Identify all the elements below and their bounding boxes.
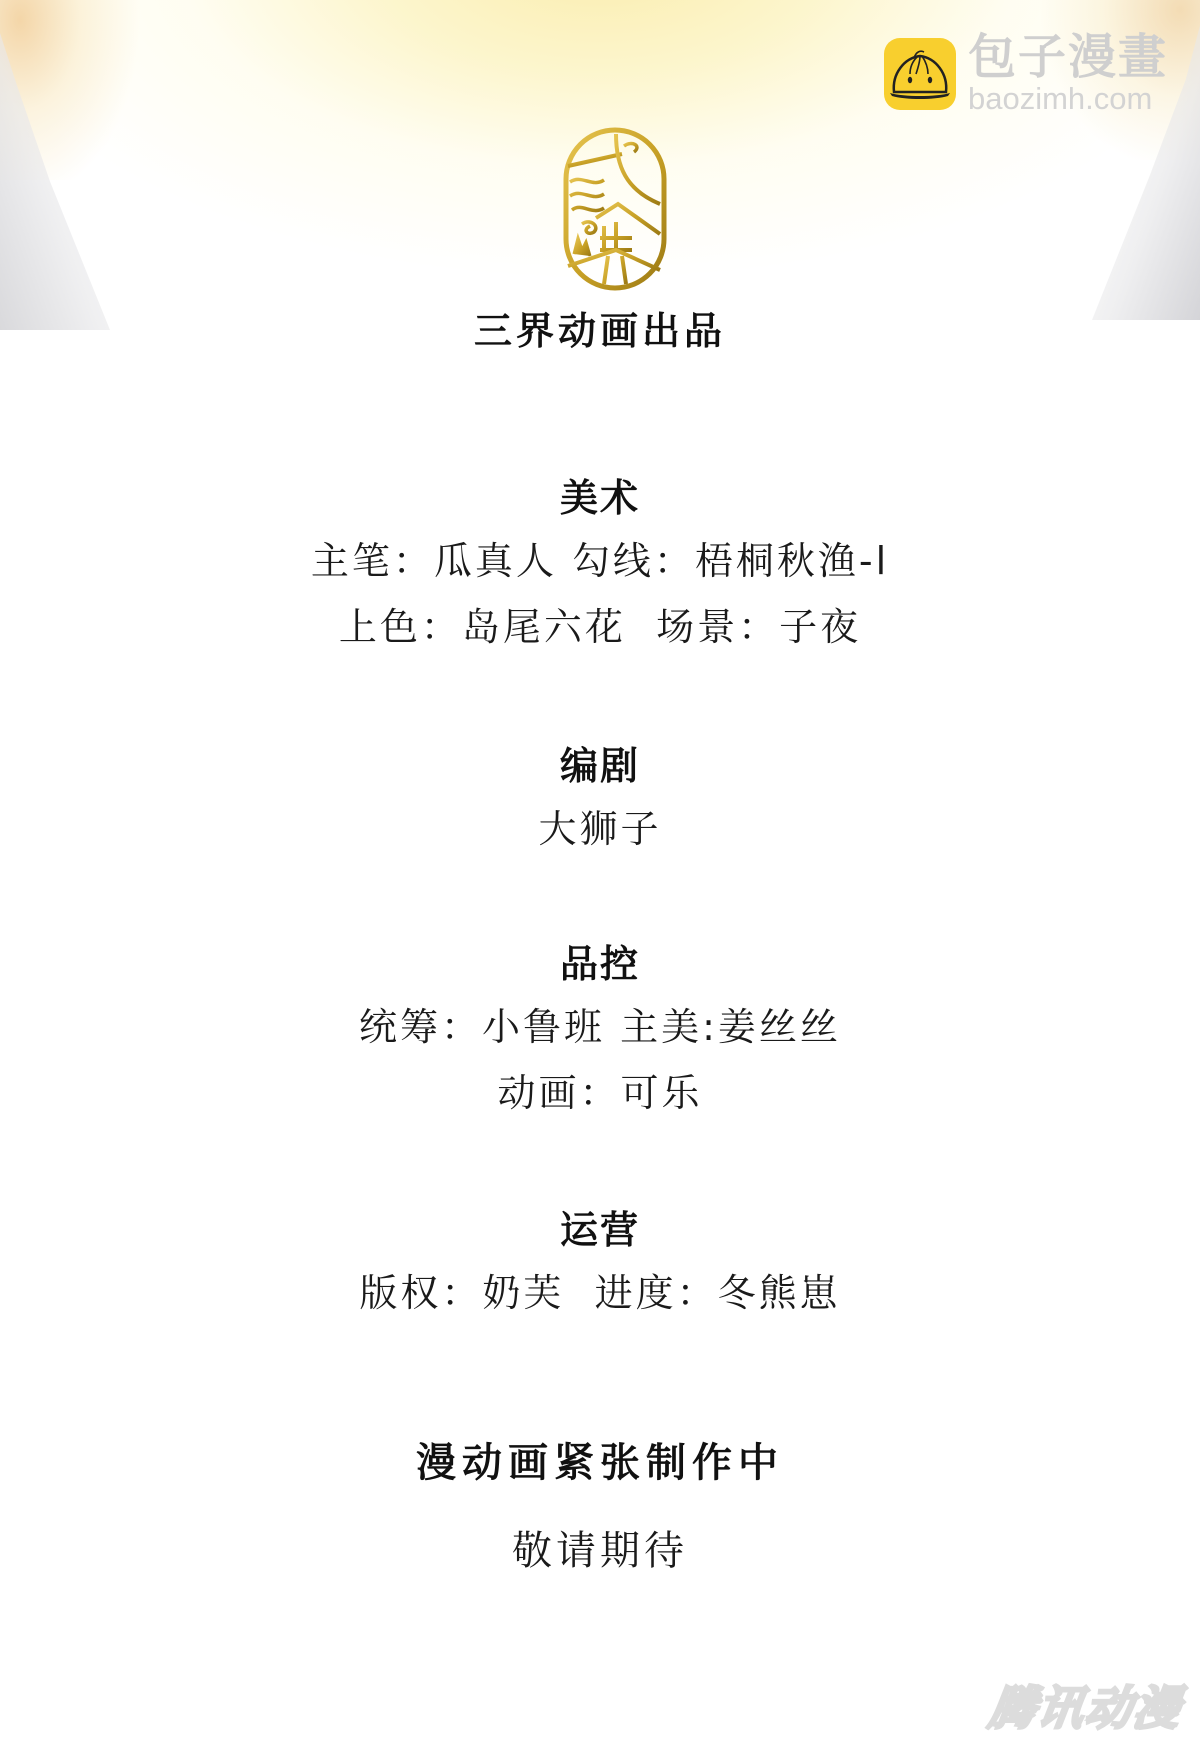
left-shadow-sweep — [0, 0, 200, 330]
credit-line: 大狮子 — [0, 796, 1200, 862]
section-title: 运营 — [0, 1200, 1200, 1260]
credit-line: 动画：可乐 — [0, 1060, 1200, 1126]
site-watermark: 包子漫畫 baozimh.com — [884, 33, 1168, 114]
credits-section-operations: 运营 版权：奶芙 进度：冬熊崽 — [0, 1200, 1200, 1326]
section-title: 编剧 — [0, 736, 1200, 796]
announcement-title: 漫动画紧张制作中 — [0, 1430, 1200, 1496]
watermark-domain: baozimh.com — [968, 83, 1168, 114]
announcement: 漫动画紧张制作中 敬请期待 — [0, 1430, 1200, 1584]
section-title: 品控 — [0, 934, 1200, 994]
studio-name: 三界动画出品 — [0, 300, 1200, 355]
watermark-text: 包子漫畫 baozimh.com — [968, 33, 1168, 114]
announcement-subtitle: 敬请期待 — [0, 1518, 1200, 1584]
credits-section-art: 美术 主笔：瓜真人 勾线：梧桐秋渔-l 上色：岛尾六花 场景：子夜 — [0, 468, 1200, 660]
publisher-watermark: 腾讯动漫 — [985, 1672, 1186, 1738]
credit-line: 统筹：小鲁班 主美:姜丝丝 — [0, 994, 1200, 1060]
left-warm-glow — [0, 0, 140, 180]
watermark-name: 包子漫畫 — [968, 33, 1168, 81]
credits-section-script: 编剧 大狮子 — [0, 736, 1200, 862]
steamed-bun-icon — [884, 38, 956, 110]
credit-line: 上色：岛尾六花 场景：子夜 — [0, 594, 1200, 660]
credit-line: 主笔：瓜真人 勾线：梧桐秋渔-l — [0, 528, 1200, 594]
credit-line: 版权：奶芙 进度：冬熊崽 — [0, 1260, 1200, 1326]
studio-emblem-icon — [560, 126, 670, 292]
credits-section-quality-control: 品控 统筹：小鲁班 主美:姜丝丝 动画：可乐 — [0, 934, 1200, 1126]
section-title: 美术 — [0, 468, 1200, 528]
